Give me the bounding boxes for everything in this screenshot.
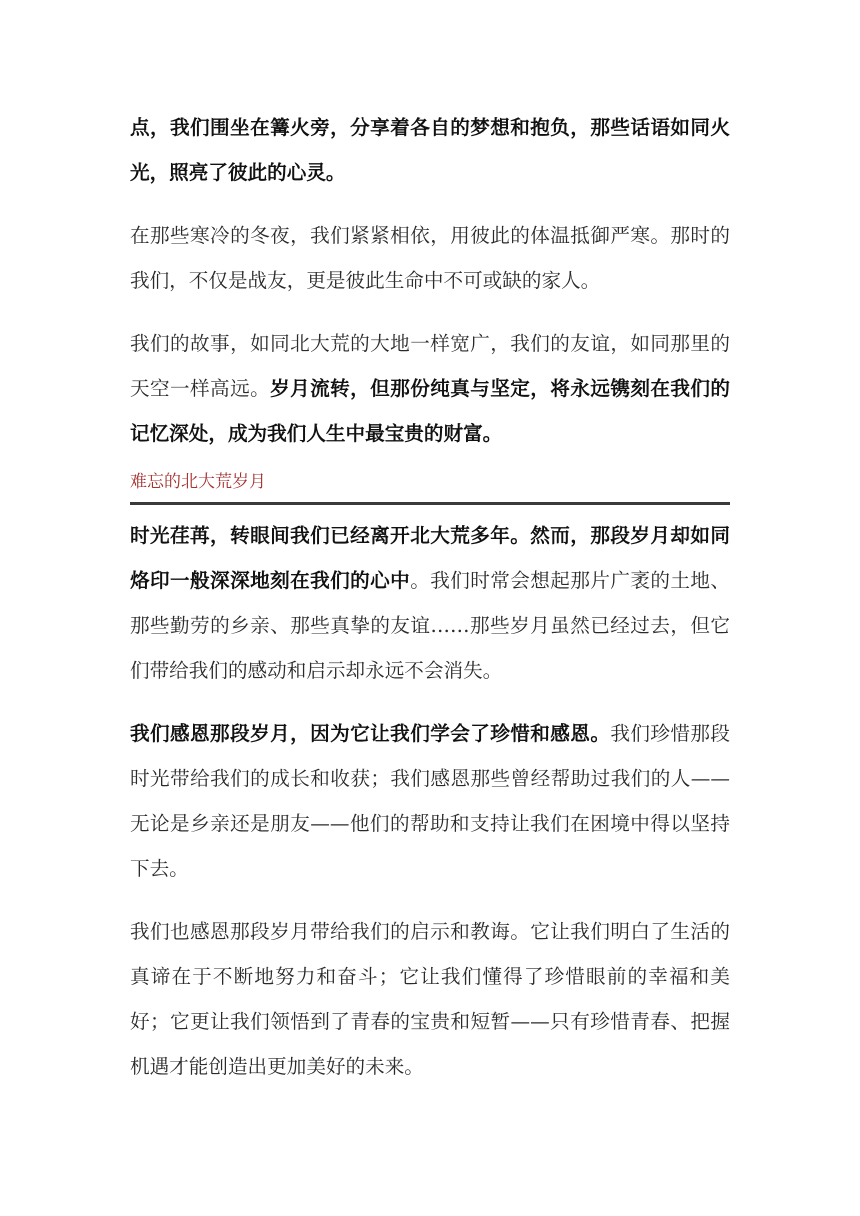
paragraph-winter-nights: 在那些寒冷的冬夜，我们紧紧相依，用彼此的体温抵御严寒。那时的我们，不仅是战友，更… <box>130 213 730 303</box>
paragraph-campfire: 点，我们围坐在篝火旁，分享着各自的梦想和抱负，那些话语如同火光，照亮了彼此的心灵… <box>130 105 730 195</box>
bold-text: 点，我们围坐在篝火旁，分享着各自的梦想和抱负，那些话语如同火光，照亮了彼此的心灵… <box>130 116 730 184</box>
bold-text: 我们感恩那段岁月，因为它让我们学会了珍惜和感恩。 <box>130 722 610 745</box>
paragraph-time-passes: 时光荏苒，转眼间我们已经离开北大荒多年。然而，那段岁月却如同烙印一般深深地刻在我… <box>130 513 730 693</box>
section-heading: 难忘的北大荒岁月 <box>130 468 730 505</box>
paragraph-our-story: 我们的故事，如同北大荒的大地一样宽广，我们的友谊，如同那里的天空一样高远。岁月流… <box>130 321 730 456</box>
body-text: 我们珍惜那段时光带给我们的成长和收获；我们感恩那些曾经帮助过我们的人——无论是乡… <box>130 722 730 880</box>
body-text: 在那些寒冷的冬夜，我们紧紧相依，用彼此的体温抵御严寒。那时的我们，不仅是战友，更… <box>130 224 730 292</box>
document-page: 点，我们围坐在篝火旁，分享着各自的梦想和抱负，那些话语如同火光，照亮了彼此的心灵… <box>130 105 730 1107</box>
paragraph-gratitude: 我们感恩那段岁月，因为它让我们学会了珍惜和感恩。我们珍惜那段时光带给我们的成长和… <box>130 711 730 891</box>
paragraph-lessons: 我们也感恩那段岁月带给我们的启示和教诲。它让我们明白了生活的真谛在于不断地努力和… <box>130 909 730 1089</box>
body-text: 我们也感恩那段岁月带给我们的启示和教诲。它让我们明白了生活的真谛在于不断地努力和… <box>130 920 730 1078</box>
